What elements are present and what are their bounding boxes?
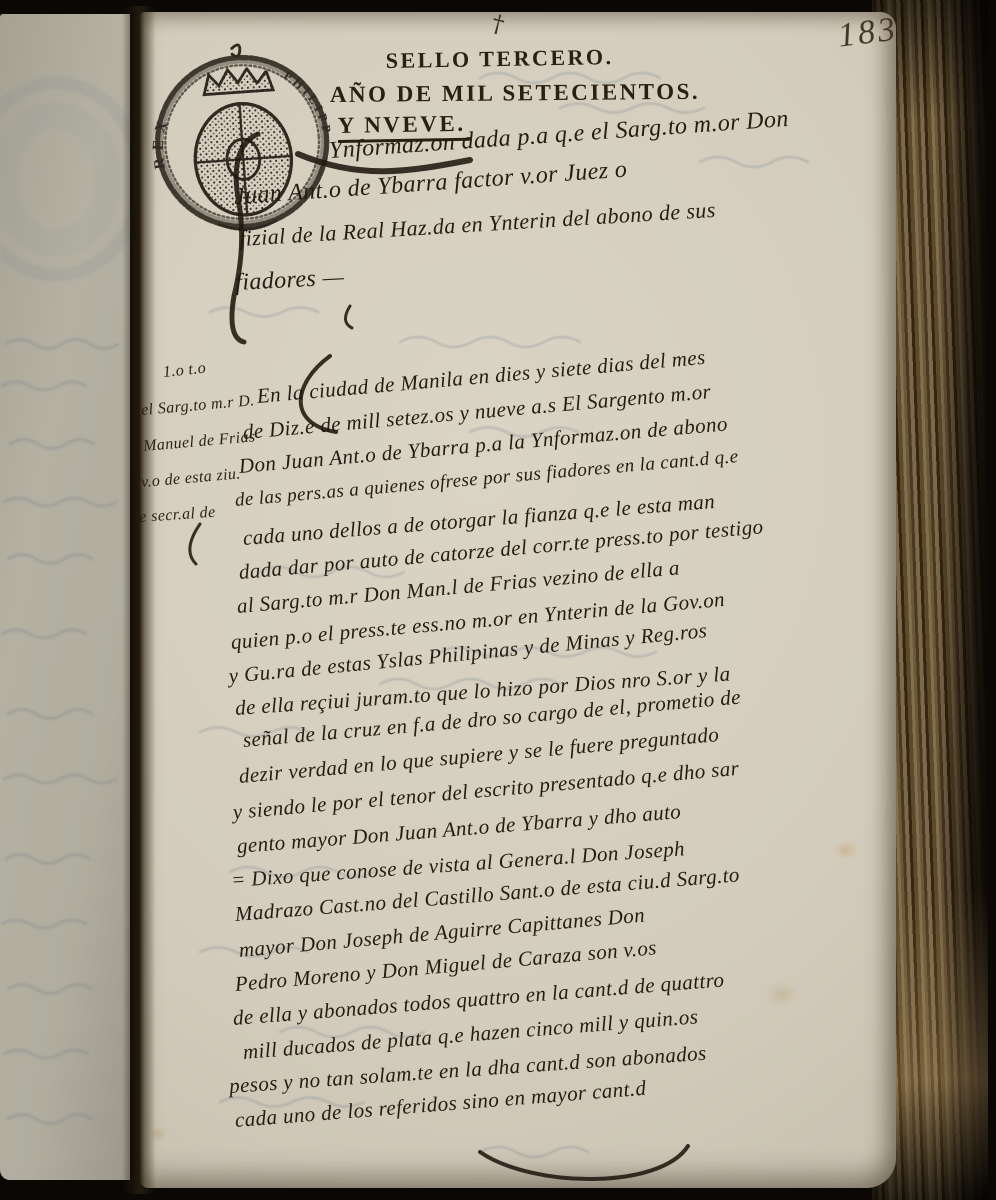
- margin-note-line: el Sarg.to m.r D.: [140, 392, 255, 420]
- stamp-text-ano: AÑO DE MIL SETECIENTOS.: [330, 79, 700, 108]
- folio-number: 183: [836, 10, 900, 55]
- margin-note-line: 1.o t.o: [162, 360, 207, 382]
- royal-seal-stamp: REX PHILIPP: [146, 40, 338, 246]
- margin-note-line: Manuel de Frias: [142, 428, 256, 456]
- seal-rim-text-right: PHILIPP: [280, 65, 334, 139]
- heading-line: fiadores —: [235, 264, 345, 297]
- svg-text:PHILIPP: PHILIPP: [280, 65, 334, 139]
- facing-page: [0, 14, 130, 1180]
- stamp-text-sello-tercero: SELLO TERCERO.: [386, 44, 614, 74]
- scanned-manuscript-photo: 183 † SELLO TERCERO. AÑO DE MIL SETECIEN…: [0, 0, 996, 1200]
- manuscript-page: 183 † SELLO TERCERO. AÑO DE MIL SETECIEN…: [140, 12, 896, 1188]
- book-gutter: [122, 6, 156, 1194]
- notarial-cross-mark: †: [489, 9, 507, 39]
- ghost-ink-bleedthrough: [0, 14, 130, 1180]
